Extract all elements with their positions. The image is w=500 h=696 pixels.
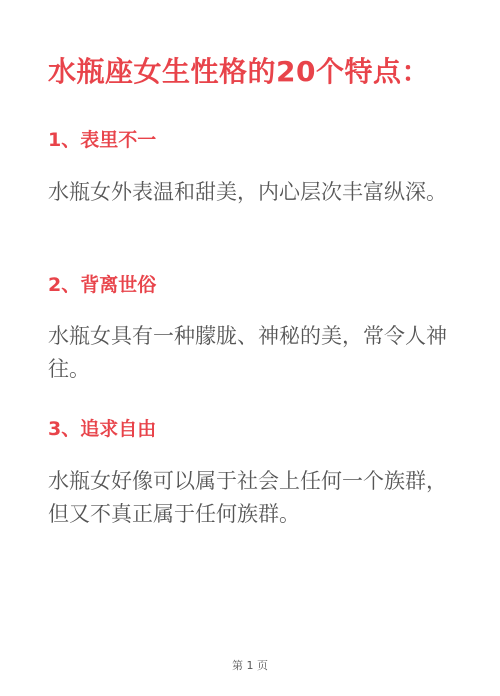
- page-number: 第 1 页: [0, 657, 500, 673]
- section-text-1: 水瓶女外表温和甜美，内心层次丰富纵深。: [48, 176, 448, 209]
- section-heading-1: 1、表里不一: [48, 125, 156, 152]
- section-text-2: 水瓶女具有一种朦胧、神秘的美，常令人神往。: [48, 320, 448, 386]
- section-text-3: 水瓶女好像可以属于社会上任何一个族群，但又不真正属于任何族群。: [48, 465, 448, 531]
- section-heading-2: 2、背离世俗: [48, 270, 156, 297]
- section-heading-3: 3、追求自由: [48, 414, 156, 441]
- page-title: 水瓶座女生性格的20个特点：: [48, 50, 430, 90]
